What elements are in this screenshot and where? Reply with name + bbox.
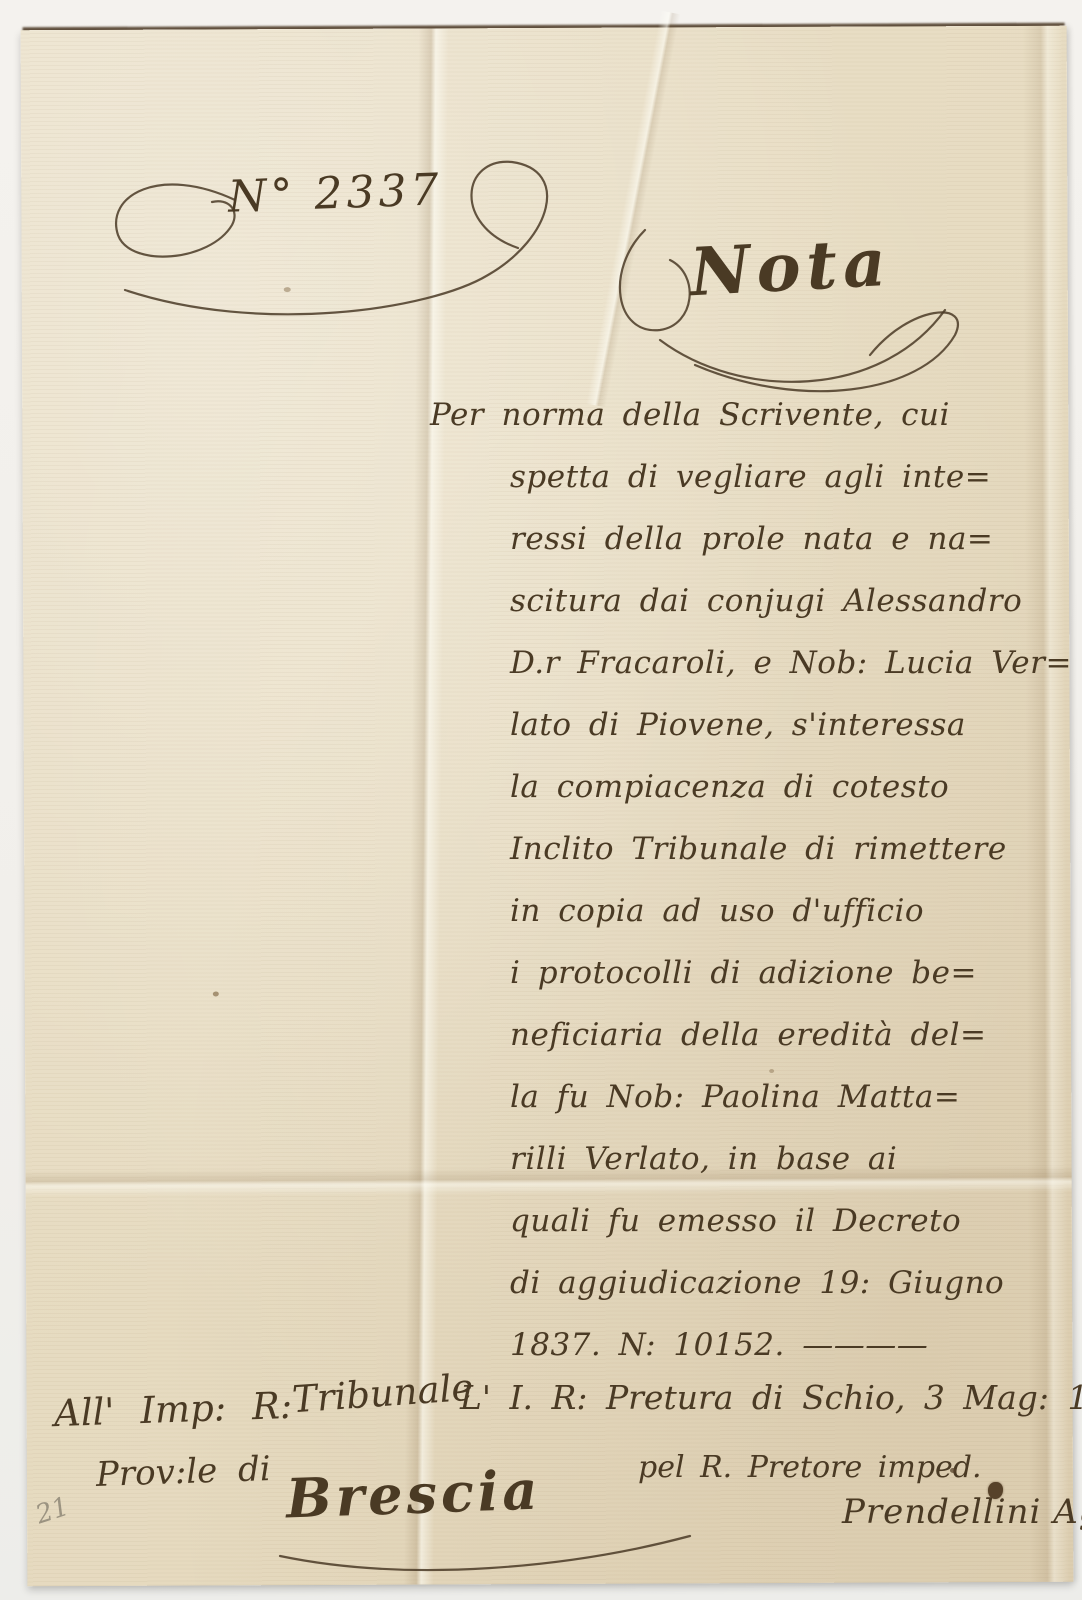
docket-prefix: N° bbox=[227, 169, 297, 222]
body-line: la compiacenza di cotesto bbox=[510, 756, 1082, 818]
letter-content: N° 2337 Nota Per norma della Scrivente, … bbox=[0, 0, 1082, 1600]
pencil-annotation: 21 bbox=[32, 1492, 73, 1531]
body-line: lato di Piovene, s'interessa bbox=[510, 694, 1082, 756]
body-line: di aggiudicazione 19: Giugno bbox=[510, 1252, 1082, 1314]
body-line: in copia ad uso d'ufficio bbox=[510, 880, 1082, 942]
body-line: Inclito Tribunale di rimettere bbox=[510, 818, 1082, 880]
body-line: rilli Verlato, in base ai bbox=[510, 1128, 1082, 1190]
body-line: scitura dai conjugi Alessandro bbox=[510, 570, 1082, 632]
address-line2-left: Prov:le di bbox=[95, 1449, 271, 1495]
docket-value: 2337 bbox=[314, 164, 444, 219]
body-line: Per norma della Scrivente, cui bbox=[510, 384, 1082, 446]
letter-title: Nota bbox=[688, 223, 893, 311]
body-line: quali fu emesso il Decreto bbox=[510, 1190, 1082, 1252]
address-line1-left: All' Imp: R: bbox=[53, 1384, 293, 1435]
body-line: D.r Fracaroli, e Nob: Lucia Ver= bbox=[510, 632, 1082, 694]
per-pretore-line: pel R. Pretore imped. bbox=[638, 1450, 982, 1485]
address-city: Brescia bbox=[285, 1458, 542, 1531]
letter-body: Per norma della Scrivente, cui spetta di… bbox=[430, 384, 1082, 1376]
address-line1-right: Tribunale bbox=[291, 1366, 475, 1422]
body-line: ressi della prole nata e na= bbox=[510, 508, 1082, 570]
body-line: spetta di vegliare agli inte= bbox=[510, 446, 1082, 508]
docket-number: N° 2337 bbox=[227, 164, 443, 222]
scan-background: N° 2337 Nota Per norma della Scrivente, … bbox=[0, 0, 1082, 1600]
dateline: L' I. R: Pretura di Schio, 3 Mag: 1838. bbox=[460, 1378, 1082, 1417]
body-line: neficiaria della eredità del= bbox=[510, 1004, 1082, 1066]
ink-dot bbox=[950, 1468, 956, 1473]
body-line: la fu Nob: Paolina Matta= bbox=[510, 1066, 1082, 1128]
signature: Prendellini Agt. bbox=[842, 1492, 1082, 1532]
body-line: 1837. N: 10152. ———— bbox=[510, 1314, 1082, 1376]
body-line: i protocolli di adizione be= bbox=[510, 942, 1082, 1004]
city-underline-flourish bbox=[270, 1528, 700, 1588]
